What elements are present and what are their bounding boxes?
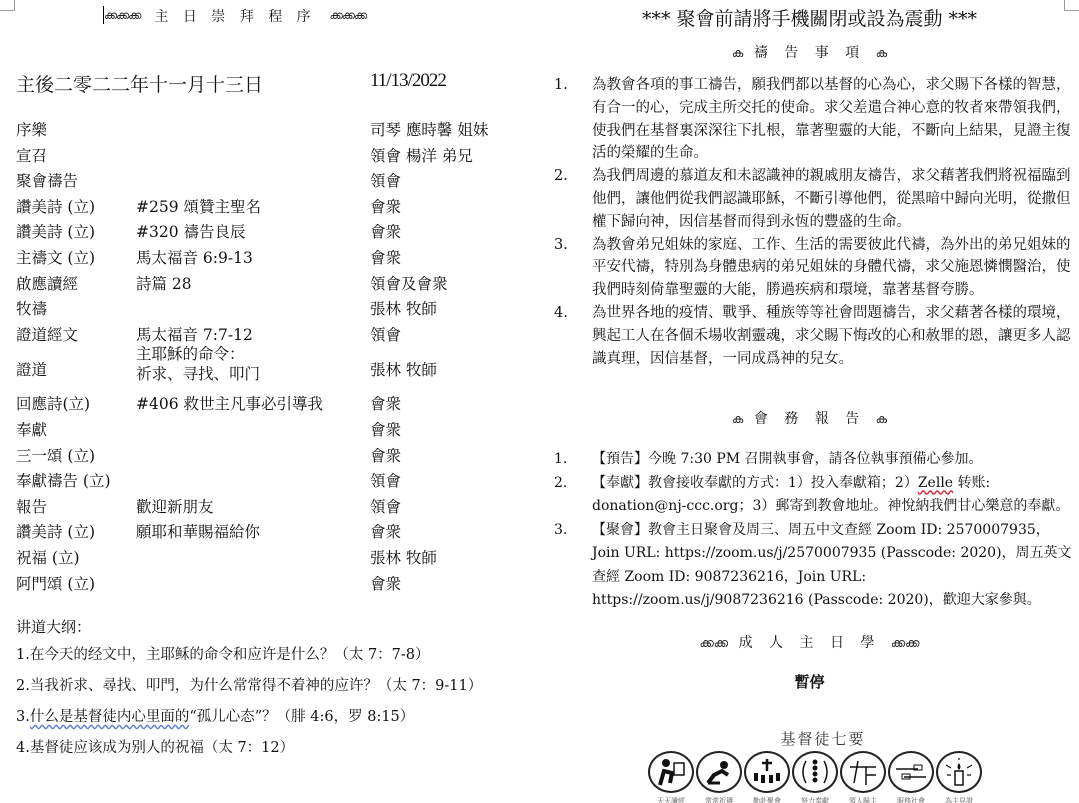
sermon-title-line1: 主耶穌的命令： xyxy=(136,345,245,363)
program-detail: #320 禱告良辰 xyxy=(136,220,246,242)
ornament-icon: ക xyxy=(732,412,743,426)
program-item: 啟應讀經 xyxy=(16,272,78,294)
essential-item: 為主見證 xyxy=(936,751,982,803)
program-person: 司琴 應時馨 姐妹 xyxy=(370,118,488,140)
prayer-text: 為世界各地的疫情、戰爭、種族等等社會問題禱告，求父藉著各樣的環境，興起工人在各個… xyxy=(592,305,1071,367)
program-item: 宣召 xyxy=(16,144,47,166)
outline-item-number: 3. xyxy=(16,709,30,725)
program-person: 會衆 xyxy=(370,418,401,440)
prayer-section-title: ക 禱 告 事 項 ക xyxy=(540,42,1079,62)
prayer-item: 3.為教會弟兄姐妹的家庭、工作、生活的需要彼此代禱，為外出的弟兄姐妹的平安代禱，… xyxy=(554,234,1074,302)
program-person: 會衆 xyxy=(370,195,401,217)
program-row: 宣召領會 楊洋 弟兄 xyxy=(16,142,526,168)
essential-label: 為主見證 xyxy=(945,796,973,803)
outline-item-rest: “孤儿心态”？（腓 4:6，罗 8:15） xyxy=(189,709,414,725)
reading-bible-icon xyxy=(648,751,694,793)
seven-essentials-graphic: 基督徒七要 天天讀經 常常祈禱 勤赴聚會 xyxy=(648,728,978,803)
ornament-right-icon: ക്കക്കക്ക xyxy=(330,9,366,23)
list-number: 3. xyxy=(554,519,567,543)
program-row: 祝福 (立)張林 牧師 xyxy=(16,544,526,570)
program-person: 領會 xyxy=(370,469,401,491)
program-item: 主禱文 (立) xyxy=(16,246,95,268)
prayer-list: 1.為教會各項的事工禱告，願我們都以基督的心為心，求父賜下各樣的智慧，有合一的心… xyxy=(554,74,1074,370)
program-item: 回應詩(立) xyxy=(16,392,90,414)
program-item: 讚美詩 (立) xyxy=(16,520,95,542)
program-person: 會衆 xyxy=(370,220,401,242)
program-row: 回應詩(立)#406 救世主凡事必引導我會衆 xyxy=(16,390,526,416)
program-row: 讚美詩 (立)#259 頌贊主聖名會衆 xyxy=(16,193,526,219)
program-detail: 願耶和華賜福給你 xyxy=(136,520,260,542)
left-page: ക്കക്കക്ക 主 日 崇 拜 程 序 ക്കക്കക്ക 主後二零二二年十… xyxy=(0,0,540,803)
sermon-outline-title: 讲道大纲： xyxy=(16,616,536,637)
program-item: 報告 xyxy=(16,495,47,517)
program-item: 讚美詩 (立) xyxy=(16,220,95,242)
outline-item: 3.什么是基督徒内心里面的“孤儿心态”？（腓 4:6，罗 8:15） xyxy=(16,707,536,738)
announcements-list: 1.【預告】今晚 7:30 PM 召開執事會，請各位執事預備心參加。 2.【奉獻… xyxy=(554,448,1074,613)
announcements-section-title: ക 會 務 報 告 ക xyxy=(540,408,1079,428)
essential-item: 服務社會 xyxy=(888,751,934,803)
program-person: 張林 牧師 xyxy=(370,546,437,568)
outline-item: 1.在今天的经文中，主耶稣的命令和应许是什么？（太 7：7-8） xyxy=(16,645,536,676)
program-person: 會衆 xyxy=(370,572,401,594)
program-row: 聚會禱告領會 xyxy=(16,167,526,193)
program-row: 奉獻禱告 (立)領會 xyxy=(16,467,526,493)
essential-label: 服務社會 xyxy=(897,796,925,803)
program-person: 領會 楊洋 弟兄 xyxy=(370,144,473,166)
sunday-school-status: 暫停 xyxy=(540,671,1079,692)
program-person: 會衆 xyxy=(370,444,401,466)
essential-label: 努力奉獻 xyxy=(801,796,829,803)
program-person: 會衆 xyxy=(370,246,401,268)
program-person: 領會 xyxy=(370,323,401,345)
program-item: 祝福 (立) xyxy=(16,546,80,568)
ornament-icon: ക xyxy=(876,46,887,60)
announcement-text-a: 【奉獻】教會接收奉獻的方式：1）投入奉獻箱；2） xyxy=(592,475,918,491)
prayer-item: 2.為我們周邊的慕道友和未認識神的親戚朋友禱告，求父藉著我們將祝福臨到他們，讓他… xyxy=(554,165,1074,233)
essential-label: 常常祈禱 xyxy=(705,796,733,803)
essential-item: 天天讀經 xyxy=(648,751,694,803)
prayer-text: 為教會各項的事工禱告，願我們都以基督的心為心，求父賜下各樣的智慧，有合一的心，完… xyxy=(592,77,1071,161)
announcement-item: 3.【聚會】教會主日聚會及周三、周五中文查經 Zoom ID: 25700079… xyxy=(554,519,1074,613)
program-row: 序樂司琴 應時馨 姐妹 xyxy=(16,116,526,142)
program-row: 三一頌 (立)會衆 xyxy=(16,442,526,468)
program-person: 會衆 xyxy=(370,520,401,542)
program-row: 奉獻會衆 xyxy=(16,416,526,442)
essential-item: 常常祈禱 xyxy=(696,751,742,803)
sermon-title: 主耶穌的命令：祈求、寻找、叩门 xyxy=(136,344,260,384)
list-number: 1. xyxy=(554,448,567,472)
ornament-icon: ക xyxy=(876,412,887,426)
essential-label: 勤赴聚會 xyxy=(753,796,781,803)
sermon-outline: 讲道大纲： 1.在今天的经文中，主耶稣的命令和应许是什么？（太 7：7-8） 2… xyxy=(16,616,536,769)
program-row-sermon: 證道 主耶穌的命令：祈求、寻找、叩门 張林 牧師 xyxy=(16,346,526,390)
program-item: 證道經文 xyxy=(16,323,78,345)
program-row: 讚美詩 (立)願耶和華賜福給你會衆 xyxy=(16,518,526,544)
list-number: 2. xyxy=(554,472,567,496)
program-item: 聚會禱告 xyxy=(16,169,78,191)
program-detail: 馬太福音 6:9-13 xyxy=(136,246,253,268)
ornament-left-icon: ക്കക്കക്ക xyxy=(104,9,140,23)
sunday-school-title: 成 人 主 日 學 xyxy=(739,635,881,651)
list-number: 4. xyxy=(554,302,568,325)
outline-item: 2.当我祈求、尋找、叩門，为什么常常得不着神的应许？（太 7：9-11） xyxy=(16,676,536,707)
worship-order-header: ക്കക്കക്ക 主 日 崇 拜 程 序 ക്കക്കക്ക xyxy=(104,6,444,26)
program-row: 主禱文 (立)馬太福音 6:9-13會衆 xyxy=(16,244,526,270)
program-item: 奉獻 xyxy=(16,418,47,440)
right-page: *** 聚會前請將手機關閉或設為震動 *** ക 禱 告 事 項 ക 1.為教會… xyxy=(540,0,1079,803)
date-numeric: 11/13/2022 xyxy=(370,70,446,92)
leading-people-icon xyxy=(840,751,886,793)
prayer-item: 4.為世界各地的疫情、戰爭、種族等等社會問題禱告，求父藉著各樣的環境，興起工人在… xyxy=(554,302,1074,370)
program-item: 牧禱 xyxy=(16,297,47,319)
program-item: 三一頌 (立) xyxy=(16,444,95,466)
prayer-title: 禱 告 事 項 xyxy=(754,45,865,61)
program-row: 報告歡迎新朋友領會 xyxy=(16,493,526,519)
program-row: 讚美詩 (立)#320 禱告良辰會衆 xyxy=(16,218,526,244)
program-detail: #259 頌贊主聖名 xyxy=(136,195,261,217)
program-detail: 馬太福音 7:7-12 xyxy=(136,323,253,345)
loaves-fish-icon xyxy=(792,751,838,793)
essential-item: 領人歸主 xyxy=(840,751,886,803)
essential-label: 領人歸主 xyxy=(849,796,877,803)
essential-item: 努力奉獻 xyxy=(792,751,838,803)
zelle-misspelled: Zelle xyxy=(918,475,953,491)
spellcheck-underlined-text: 什么是基督徒内心里面的 xyxy=(30,709,190,725)
sermon-title-line2: 祈求、寻找、叩门 xyxy=(136,365,260,383)
announcement-item: 1.【預告】今晚 7:30 PM 召開執事會，請各位執事預備心參加。 xyxy=(554,448,1074,472)
candle-light-icon xyxy=(936,751,982,793)
prayer-item: 1.為教會各項的事工禱告，願我們都以基督的心為心，求父賜下各樣的智慧，有合一的心… xyxy=(554,74,1074,165)
worship-order-title: 主 日 崇 拜 程 序 xyxy=(154,6,315,26)
essential-item: 勤赴聚會 xyxy=(744,751,790,803)
program-item: 證道 xyxy=(16,358,47,380)
ornament-icon: ക്കക്ക xyxy=(699,636,728,650)
program-row: 阿門頌 (立)會衆 xyxy=(16,570,526,596)
praying-icon xyxy=(696,751,742,793)
outline-item: 4.基督徒应该成为别人的祝福（太 7：12） xyxy=(16,738,536,769)
program-person: 張林 牧師 xyxy=(370,297,437,319)
program-row: 牧禱張林 牧師 xyxy=(16,295,526,321)
announcements-title: 會 務 報 告 xyxy=(754,411,865,427)
congregation-cross-icon xyxy=(744,751,790,793)
program-row: 啟應讀經詩篇 28領會及會衆 xyxy=(16,270,526,296)
program-person: 張林 牧師 xyxy=(370,358,437,380)
program-person: 領會 xyxy=(370,495,401,517)
program-person: 會衆 xyxy=(370,392,401,414)
program-detail: 歡迎新朋友 xyxy=(136,495,214,517)
program-item: 奉獻禱告 (立) xyxy=(16,469,111,491)
announcement-text: 【預告】今晚 7:30 PM 召開執事會，請各位執事預備心參加。 xyxy=(592,451,983,467)
program-person: 領會 xyxy=(370,169,401,191)
program-person: 領會及會衆 xyxy=(370,272,448,294)
seven-essentials-title: 基督徒七要 xyxy=(668,728,978,749)
program-detail: 詩篇 28 xyxy=(136,272,192,294)
prayer-text: 為教會弟兄姐妹的家庭、工作、生活的需要彼此代禱，為外出的弟兄姐妹的平安代禱，特別… xyxy=(592,237,1071,299)
prayer-text: 為我們周邊的慕道友和未認識神的親戚朋友禱告，求父藉著我們將祝福臨到他們，讓他們從… xyxy=(592,168,1071,230)
list-number: 2. xyxy=(554,165,568,188)
program-item: 序樂 xyxy=(16,118,47,140)
ornament-icon: ക xyxy=(732,46,743,60)
ornament-icon: ക്കക്ക xyxy=(891,636,920,650)
announcement-text: 【聚會】教會主日聚會及周三、周五中文查經 Zoom ID: 2570007935… xyxy=(592,522,1072,609)
program-detail: #406 救世主凡事必引導我 xyxy=(136,392,323,414)
announcement-item: 2.【奉獻】教會接收奉獻的方式：1）投入奉獻箱；2）Zelle 转账: dona… xyxy=(554,472,1074,519)
phone-notice: *** 聚會前請將手機關閉或設為震動 *** xyxy=(540,4,1079,31)
program-list: 序樂司琴 應時馨 姐妹 宣召領會 楊洋 弟兄 聚會禱告領會 讚美詩 (立)#25… xyxy=(16,116,526,595)
essential-label: 天天讀經 xyxy=(657,796,685,803)
serving-hands-icon xyxy=(888,751,934,793)
list-number: 1. xyxy=(554,74,568,97)
list-number: 3. xyxy=(554,234,568,257)
program-item: 阿門頌 (立) xyxy=(16,572,95,594)
program-item: 讚美詩 (立) xyxy=(16,195,95,217)
sunday-school-section-title: ക്കക്ക 成 人 主 日 學 ക്കക്ക xyxy=(540,632,1079,652)
date-chinese: 主後二零二二年十一月十三日 xyxy=(16,70,263,97)
program-row: 證道經文馬太福音 7:7-12領會 xyxy=(16,321,526,347)
